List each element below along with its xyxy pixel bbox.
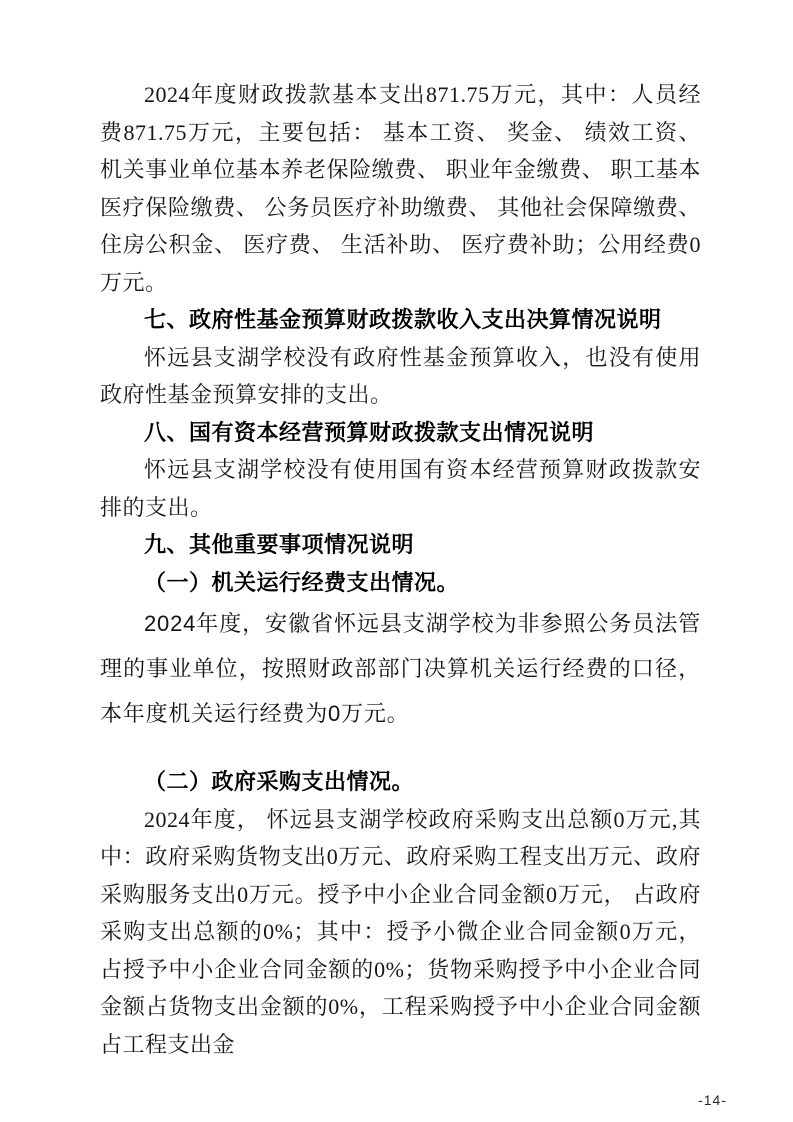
para-government-procurement: 2024年度， 怀远县支湖学校政府采购支出总额0万元,其中：政府采购货物支出0万… (100, 801, 701, 1064)
para-govt-fund-budget-note: 怀远县支湖学校没有政府性基金预算收入，也没有使用政府性基金预算安排的支出。 (100, 339, 701, 414)
heading-section-eight-state-capital-budget: 八、国有资本经营预算财政拨款支出情况说明 (100, 414, 701, 452)
document-content: 2024年度财政拨款基本支出871.75万元，其中：人员经费871.75万元，主… (100, 76, 701, 1063)
heading-section-seven-govt-fund-budget: 七、政府性基金预算财政拨款收入支出决算情况说明 (100, 301, 701, 339)
heading-subsection-one-agency-operating-expense: （一）机关运行经费支出情况。 (100, 564, 701, 602)
para-state-capital-budget-note: 怀远县支湖学校没有使用国有资本经营预算财政拨款安排的支出。 (100, 451, 701, 526)
page-number: -14- (698, 1092, 727, 1108)
para-fiscal-basic-expenditure: 2024年度财政拨款基本支出871.75万元，其中：人员经费871.75万元，主… (100, 76, 701, 301)
document-page: 2024年度财政拨款基本支出871.75万元，其中：人员经费871.75万元，主… (0, 0, 793, 1122)
para-agency-operating-expense: 2024年度，安徽省怀远县支湖学校为非参照公务员法管理的事业单位，按照财政部部门… (100, 601, 701, 736)
heading-subsection-two-government-procurement: （二）政府采购支出情况。 (100, 763, 701, 801)
heading-section-nine-other-important-matters: 九、其他重要事项情况说明 (100, 526, 701, 564)
